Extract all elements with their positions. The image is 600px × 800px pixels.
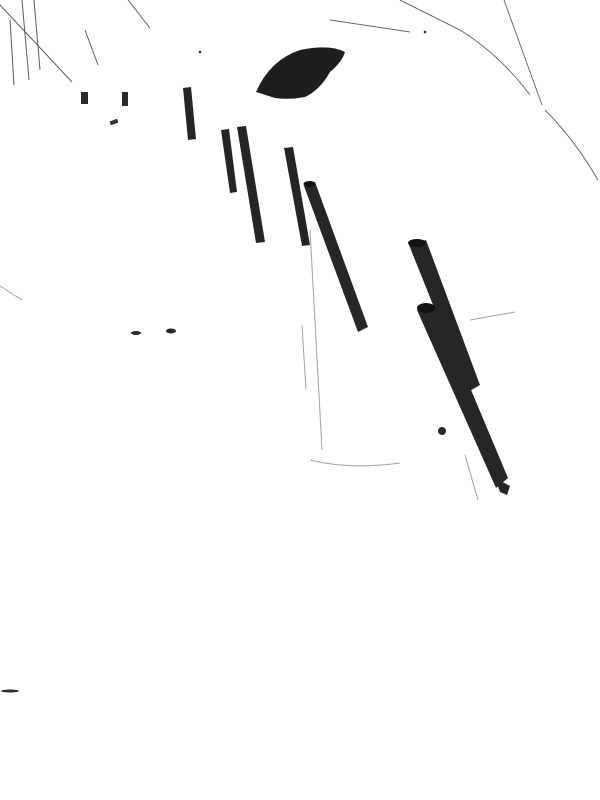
pipe-3-opening [417,303,435,313]
snow-posts-photo [0,0,600,800]
pipe-2-opening [408,239,426,247]
post-stub-2 [122,92,128,106]
post-stub-1 [81,92,88,104]
pipe-1-opening [304,181,316,187]
snow-background [0,0,600,800]
